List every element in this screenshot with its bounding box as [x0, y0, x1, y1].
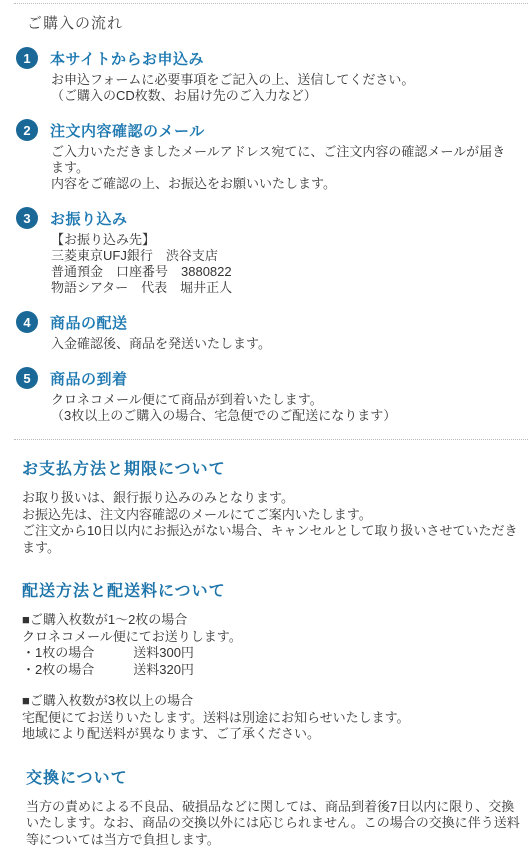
step-head: 1 本サイトからお申込み [16, 47, 516, 69]
step-title: 本サイトからお申込み [50, 48, 204, 69]
step-body: クロネコメール便にて商品が到着いたします。 （3枚以上のご購入の場合、宅急便での… [51, 392, 516, 424]
step-body-line: （3枚以上のご購入の場合、宅急便でのご配送になります） [51, 408, 516, 424]
bank-name-line: 三菱東京UFJ銀行 渋谷支店 [51, 248, 516, 264]
exchange-section: 交換について 当方の責めによる不良品、破損品などに関しては、商品到着後7日以内に… [22, 765, 520, 848]
exchange-section-body: 当方の責めによる不良品、破損品などに関しては、商品到着後7日以内に限り、交換いた… [26, 799, 520, 848]
shipping-fee-line: ・2枚の場合 送料320円 [22, 662, 520, 679]
step-number-badge: 3 [16, 207, 38, 229]
shipping-line: ■ご購入枚数が3枚以上の場合 [22, 693, 520, 710]
payment-line: お取り扱いは、銀行振り込みのみとなります。 [22, 490, 520, 507]
step-body-line: 【お振り込み先】 [51, 232, 516, 248]
step-confirmation-mail: 2 注文内容確認のメール ご入力いただきましたメールアドレス宛てに、ご注文内容の… [16, 119, 516, 192]
step-head: 5 商品の到着 [16, 367, 516, 389]
payment-section-title: お支払方法と期限について [22, 456, 520, 479]
step-title: 注文内容確認のメール [50, 120, 205, 141]
section-divider [14, 439, 528, 440]
step-number-badge: 5 [16, 367, 38, 389]
step-body-line: お申込フォームに必要事項をご記入の上、送信してください。 [51, 72, 516, 88]
shipping-section-body: ■ご購入枚数が1～2枚の場合 クロネコメール便にてお送りします。 ・1枚の場合 … [22, 612, 520, 743]
shipping-fee-line: ・1枚の場合 送料300円 [22, 645, 520, 662]
step-number-badge: 1 [16, 47, 38, 69]
step-body-line: 内容をご確認の上、お振込をお願いいたします。 [51, 176, 516, 192]
payment-section: お支払方法と期限について お取り扱いは、銀行振り込みのみとなります。 お振込先は… [22, 456, 520, 556]
step-body: お申込フォームに必要事項をご記入の上、送信してください。 （ご購入のCD枚数、お… [51, 72, 516, 104]
shipping-mail-block: ■ご購入枚数が1～2枚の場合 クロネコメール便にてお送りします。 ・1枚の場合 … [22, 612, 520, 678]
step-head: 2 注文内容確認のメール [16, 119, 516, 141]
shipping-courier-block: ■ご購入枚数が3枚以上の場合 宅配便にてお送りいたします。送料は別途にお知らせい… [22, 693, 520, 743]
step-arrival: 5 商品の到着 クロネコメール便にて商品が到着いたします。 （3枚以上のご購入の… [16, 367, 516, 424]
step-bank-transfer: 3 お振り込み 【お振り込み先】 三菱東京UFJ銀行 渋谷支店 普通預金 口座番… [16, 207, 516, 296]
step-body: ご入力いただきましたメールアドレス宛てに、ご注文内容の確認メールが届きます。 内… [51, 144, 516, 192]
account-holder-line: 物語シアター 代表 堀井正人 [51, 280, 516, 296]
step-body: 入金確認後、商品を発送いたします。 [51, 336, 516, 352]
account-number-line: 普通預金 口座番号 3880822 [51, 264, 516, 280]
step-body-line: 入金確認後、商品を発送いたします。 [51, 336, 516, 352]
shipping-section-title: 配送方法と配送料について [22, 578, 520, 601]
step-body: 【お振り込み先】 三菱東京UFJ銀行 渋谷支店 普通預金 口座番号 388082… [51, 232, 516, 296]
shipping-line: 宅配便にてお送りいたします。送料は別途にお知らせいたします。 [22, 710, 520, 727]
step-shipping: 4 商品の配送 入金確認後、商品を発送いたします。 [16, 311, 516, 352]
page-title: ご購入の流れ [27, 15, 530, 33]
purchase-steps-list: 1 本サイトからお申込み お申込フォームに必要事項をご記入の上、送信してください… [0, 47, 530, 424]
step-title: お振り込み [50, 208, 128, 229]
step-body-line: ご入力いただきましたメールアドレス宛てに、ご注文内容の確認メールが届きます。 [51, 144, 516, 176]
payment-line: ご注文から10日以内にお振込がない場合、キャンセルとして取り扱いさせていただきま… [22, 523, 520, 556]
step-body-line: （ご購入のCD枚数、お届け先のご入力など） [51, 88, 516, 104]
step-number-badge: 4 [16, 311, 38, 333]
step-title: 商品の配送 [50, 312, 128, 333]
shipping-line: クロネコメール便にてお送りします。 [22, 629, 520, 646]
step-body-line: クロネコメール便にて商品が到着いたします。 [51, 392, 516, 408]
shipping-line: 地域により配送料が異なります、ご了承ください。 [22, 726, 520, 743]
exchange-section-title: 交換について [26, 765, 520, 788]
shipping-line: ■ご購入枚数が1～2枚の場合 [22, 612, 520, 629]
step-apply: 1 本サイトからお申込み お申込フォームに必要事項をご記入の上、送信してください… [16, 47, 516, 104]
top-divider [14, 3, 528, 4]
step-head: 4 商品の配送 [16, 311, 516, 333]
step-head: 3 お振り込み [16, 207, 516, 229]
payment-line: お振込先は、注文内容確認のメールにてご案内いたします。 [22, 507, 520, 524]
shipping-section: 配送方法と配送料について ■ご購入枚数が1～2枚の場合 クロネコメール便にてお送… [22, 578, 520, 743]
payment-section-body: お取り扱いは、銀行振り込みのみとなります。 お振込先は、注文内容確認のメールにて… [22, 490, 520, 556]
purchase-info-page: ご購入の流れ 1 本サイトからお申込み お申込フォームに必要事項をご記入の上、送… [0, 0, 530, 848]
step-title: 商品の到着 [50, 368, 128, 389]
step-number-badge: 2 [16, 119, 38, 141]
